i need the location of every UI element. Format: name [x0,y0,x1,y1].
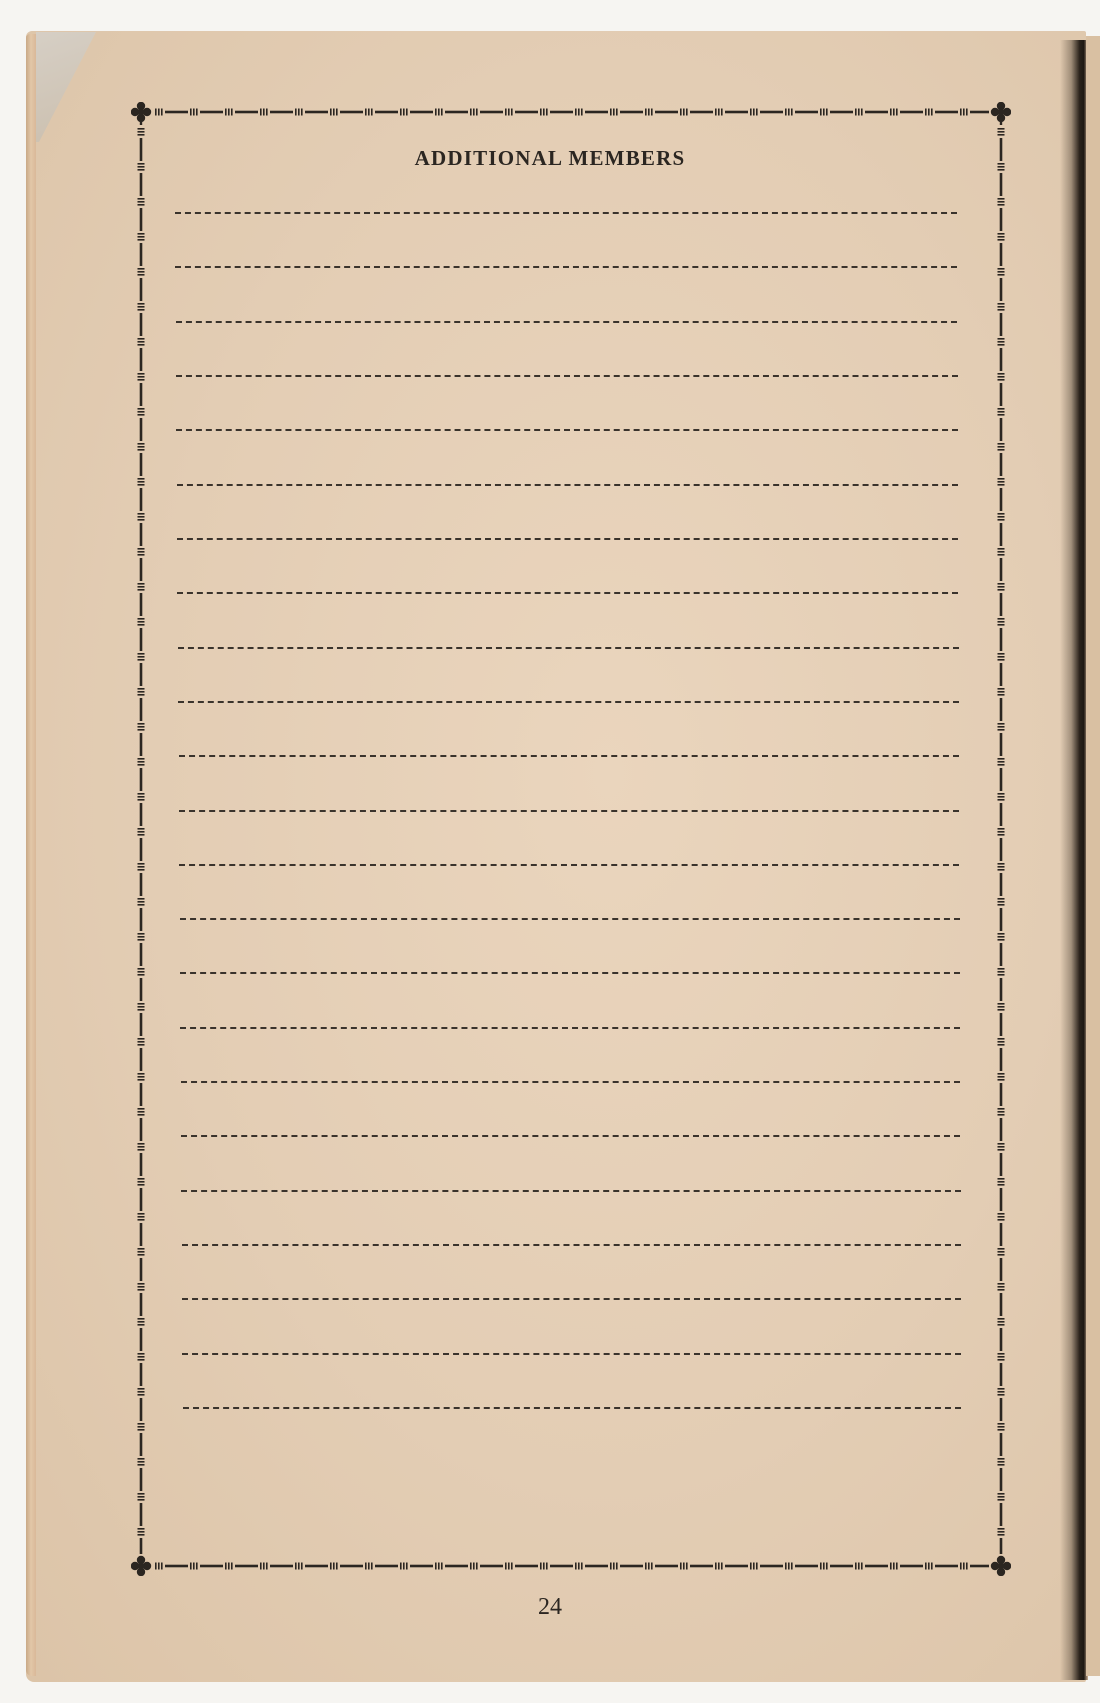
cross-pattee-icon [131,102,151,125]
member-entry-line[interactable] [180,1027,960,1029]
adjacent-page-edge [1086,36,1100,1676]
member-entry-line[interactable] [178,701,959,703]
member-entry-line[interactable] [181,1190,961,1192]
member-entry-line[interactable] [180,972,960,974]
cross-pattee-icon [131,1556,151,1576]
member-entry-line[interactable] [178,647,959,649]
page-number: 24 [0,1594,1100,1621]
member-entry-line[interactable] [176,429,958,431]
binding-spine [1060,40,1088,1680]
member-entry-line[interactable] [182,1298,961,1300]
member-entry-line[interactable] [182,1353,961,1355]
cross-pattee-icon [991,102,1011,125]
member-entry-line[interactable] [177,592,958,594]
member-entry-line[interactable] [176,321,957,323]
member-entry-line[interactable] [179,755,959,757]
cross-pattee-icon [991,1556,1011,1576]
member-entry-line[interactable] [177,484,958,486]
member-entry-line[interactable] [177,538,958,540]
member-entry-line[interactable] [181,1081,960,1083]
member-entry-line[interactable] [175,212,957,214]
member-entry-line[interactable] [176,375,958,377]
page-edge [26,34,36,1676]
member-entry-line[interactable] [181,1135,960,1137]
page-title: ADDITIONAL MEMBERS [0,146,1100,171]
member-entry-line[interactable] [182,1244,961,1246]
member-entry-line[interactable] [180,918,960,920]
member-entry-line[interactable] [175,266,957,268]
member-entry-line[interactable] [183,1407,961,1409]
member-entry-line[interactable] [179,810,959,812]
member-entry-line[interactable] [179,864,959,866]
